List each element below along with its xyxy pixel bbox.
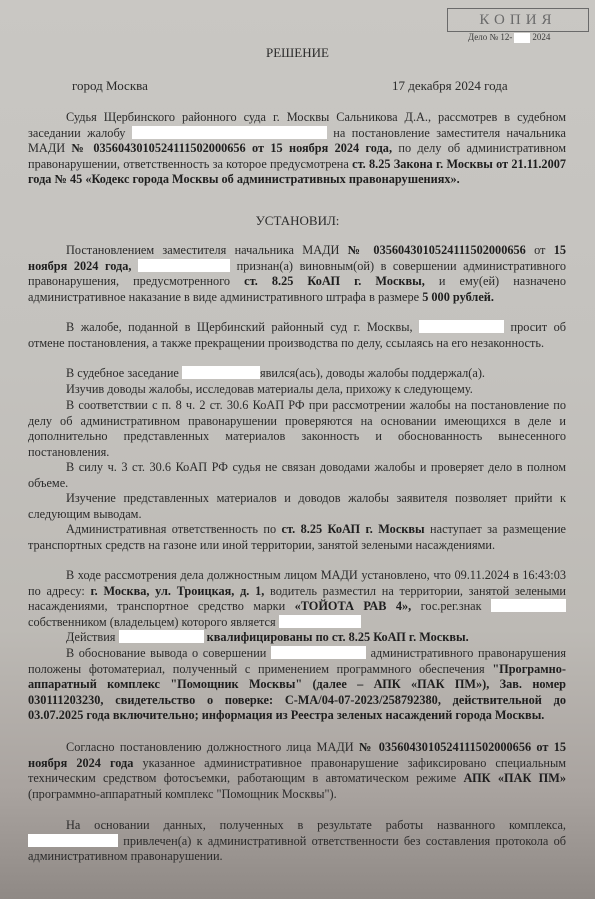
redacted-block bbox=[514, 33, 530, 43]
paragraph-liability: Административная ответственность по ст. … bbox=[28, 522, 566, 553]
redacted-block bbox=[119, 630, 204, 643]
decision-date: 17 декабря 2024 года bbox=[392, 78, 508, 94]
paragraph-qualification: Действия квалифицированы по ст. 8.25 КоА… bbox=[28, 630, 566, 646]
paragraph-hearing: В судебное заседание явился(ась), доводы… bbox=[28, 366, 566, 382]
redacted-block bbox=[271, 646, 366, 659]
redacted-block bbox=[419, 320, 504, 333]
paragraph-evidence: В обоснование вывода о совершении админи… bbox=[28, 646, 566, 724]
redacted-block bbox=[279, 615, 361, 628]
redacted-block bbox=[138, 259, 230, 272]
document-title: РЕШЕНИЕ bbox=[0, 45, 595, 61]
paragraph-resolution: Постановлением заместителя начальника МА… bbox=[28, 243, 566, 305]
city: город Москва bbox=[72, 78, 148, 94]
paragraph-conclusions: Изучение представленных материалов и дов… bbox=[28, 491, 566, 522]
redacted-block bbox=[182, 366, 260, 379]
court-decision-page: КОПИЯ Дело № 12-2024 РЕШЕНИЕ город Москв… bbox=[0, 0, 595, 899]
paragraph-madi-resolution: Согласно постановлению должностного лица… bbox=[28, 740, 566, 802]
redacted-block bbox=[132, 126, 327, 139]
section-title: УСТАНОВИЛ: bbox=[0, 213, 595, 229]
paragraph-article-30-6: В соответствии с п. 8 ч. 2 ст. 30.6 КоАП… bbox=[28, 398, 566, 460]
redacted-block bbox=[491, 599, 566, 612]
paragraph-circumstances: В ходе рассмотрения дела должностным лиц… bbox=[28, 568, 566, 630]
intro-paragraph: Судья Щербинского районного суда г. Моск… bbox=[28, 110, 566, 188]
paragraph-complaint: В жалобе, поданной в Щербинский районный… bbox=[28, 320, 566, 351]
copy-stamp: КОПИЯ bbox=[447, 8, 589, 32]
case-number: Дело № 12-2024 bbox=[468, 32, 550, 43]
paragraph-study: Изучив доводы жалобы, исследовав материа… bbox=[28, 382, 566, 398]
paragraph-liability-without-protocol: На основании данных, полученных в резуль… bbox=[28, 818, 566, 865]
redacted-block bbox=[28, 834, 118, 847]
paragraph-judge-scope: В силу ч. 3 ст. 30.6 КоАП РФ судья не св… bbox=[28, 460, 566, 491]
